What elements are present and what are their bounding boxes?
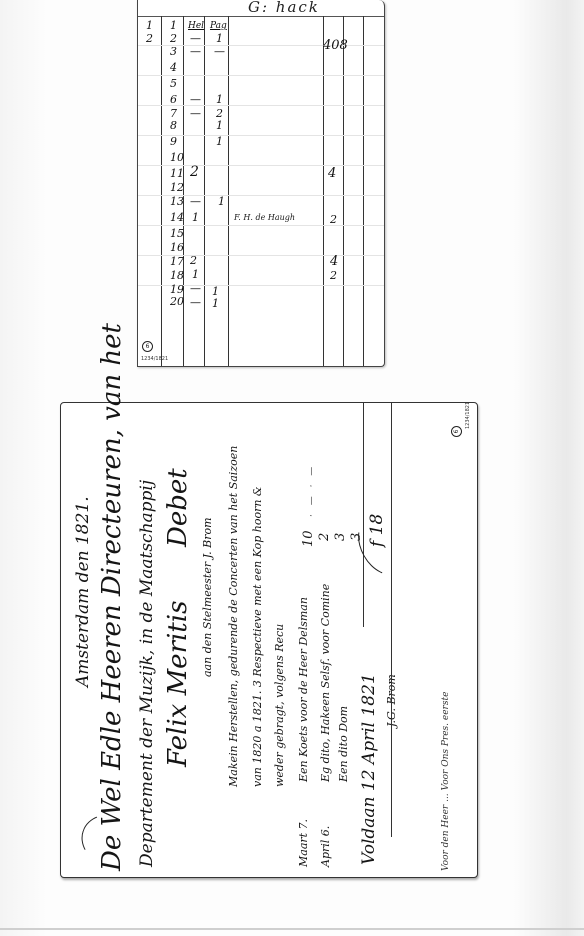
entry-description: Eg dito, Hakeen Selsf. voor Comine <box>319 584 332 782</box>
row-amount: 2 <box>330 214 337 226</box>
row-amount: 4 <box>328 168 336 180</box>
archive-reference: 1234/1821 <box>465 402 471 429</box>
col-header: 1 <box>146 20 153 32</box>
row-number: 5 <box>170 78 177 90</box>
entry-amount: 3 <box>333 533 348 541</box>
col-header-hel: Hel <box>188 20 204 32</box>
total-flourish <box>348 509 415 584</box>
ledger-header-name: G: hack <box>248 0 320 16</box>
row-number: 4 <box>170 62 177 74</box>
row-pag: 1 <box>216 120 223 132</box>
addressee-line-2: Departement der Muzijk, in de Maatschapp… <box>137 480 157 867</box>
row-hel: 1 <box>192 269 199 281</box>
row-rule <box>138 75 384 76</box>
row-number: 14 <box>170 212 184 224</box>
ledger-slip: G: hack 1 1 Hel Pag 2 2 — 1 408 3 — — 4 … <box>137 0 385 367</box>
row-amount: 2 <box>330 270 337 282</box>
col-header: 1 <box>170 20 177 32</box>
row-number: 2 <box>170 33 177 45</box>
row-note: F. H. de Haugh <box>234 213 295 222</box>
row-hel: — <box>190 46 201 58</box>
entry-date: Maart 7. <box>297 819 310 867</box>
society-name: Felix Meritis <box>163 601 193 767</box>
row-hel: 2 <box>190 166 199 178</box>
row-hel: — <box>190 297 201 309</box>
row-pag: 1 <box>216 33 223 45</box>
amount-column-rule <box>363 403 364 627</box>
ledger-top-rule <box>138 16 384 17</box>
place-date: Amsterdam den 1821. <box>73 496 93 687</box>
row-hel: — <box>190 196 201 208</box>
receipt-rotated-content: Amsterdam den 1821. De Wel Edle Heeren D… <box>61 403 477 877</box>
body-line-1: Makein Herstellen, gedurende de Concerte… <box>227 446 240 787</box>
margin-note: Voor den Heer ... Voor Ons Pres. eerste <box>441 692 451 871</box>
receipt-document: Amsterdam den 1821. De Wel Edle Heeren D… <box>60 402 478 878</box>
row-rule <box>138 165 384 166</box>
row-hel: — <box>190 108 201 120</box>
row-hel: — <box>190 94 201 106</box>
row-number: 6 <box>170 94 177 106</box>
entry-date: April 6. <box>319 826 332 867</box>
row-number: 17 <box>170 256 184 268</box>
page-bottom-edge <box>0 928 584 930</box>
row-hel: — <box>190 283 201 295</box>
row-number: 13 <box>170 196 184 208</box>
row-pag: 1 <box>218 196 225 208</box>
signoff-date: Voldaan 12 April 1821 <box>359 673 379 865</box>
row-hel: 2 <box>190 255 197 267</box>
row-amount: 408 <box>323 40 348 52</box>
row-number: 11 <box>170 168 184 180</box>
row-pag: — <box>214 46 225 58</box>
row-pag: 1 <box>212 298 219 310</box>
debit-label: Debet <box>163 468 193 547</box>
archive-reference: 1234/1821 <box>141 356 168 362</box>
body-line-2: van 1820 a 1821. 3 Respectieve met een K… <box>251 486 264 787</box>
amount-dashes: · — · — <box>307 464 317 517</box>
row-number: 15 <box>170 228 184 240</box>
row-pag: 1 <box>216 94 223 106</box>
entry-description: Een dito Dom <box>337 706 350 782</box>
row-number: 18 <box>170 270 184 282</box>
col-header-pag: Pag <box>210 20 227 32</box>
row-number: 8 <box>170 120 177 132</box>
row-hel: — <box>190 33 201 45</box>
entry-amount: 10 <box>301 530 316 547</box>
column-divider <box>228 16 229 366</box>
addressee-line-1: De Wel Edle Heeren Directeuren, van het <box>97 323 127 871</box>
row-number: 9 <box>170 136 177 148</box>
row-rule <box>138 225 384 226</box>
archive-stamp-icon: 6 <box>451 426 462 437</box>
row-amount: 4 <box>330 256 338 268</box>
entry-amount: 2 <box>317 533 332 541</box>
archive-stamp-icon: 6 <box>142 341 153 352</box>
amount-column-rule <box>391 403 392 837</box>
row-hel: 1 <box>192 212 199 224</box>
row-pag: 1 <box>216 136 223 148</box>
body-line-3: weder gebragt, volgens Recu <box>273 624 286 787</box>
row-number: 12 <box>170 182 184 194</box>
row-a: 2 <box>146 33 153 45</box>
entry-description: Een Koets voor de Heer Delsman <box>297 597 310 782</box>
column-divider <box>343 16 344 366</box>
column-divider <box>161 16 162 366</box>
column-divider <box>204 16 205 366</box>
row-number: 10 <box>170 152 184 164</box>
row-number: 20 <box>170 296 184 308</box>
creditor-line: aan den Stelmeester J. Brom <box>201 517 214 677</box>
row-number: 3 <box>170 46 177 58</box>
row-number: 16 <box>170 242 184 254</box>
column-divider <box>323 16 324 366</box>
column-divider <box>363 16 364 366</box>
